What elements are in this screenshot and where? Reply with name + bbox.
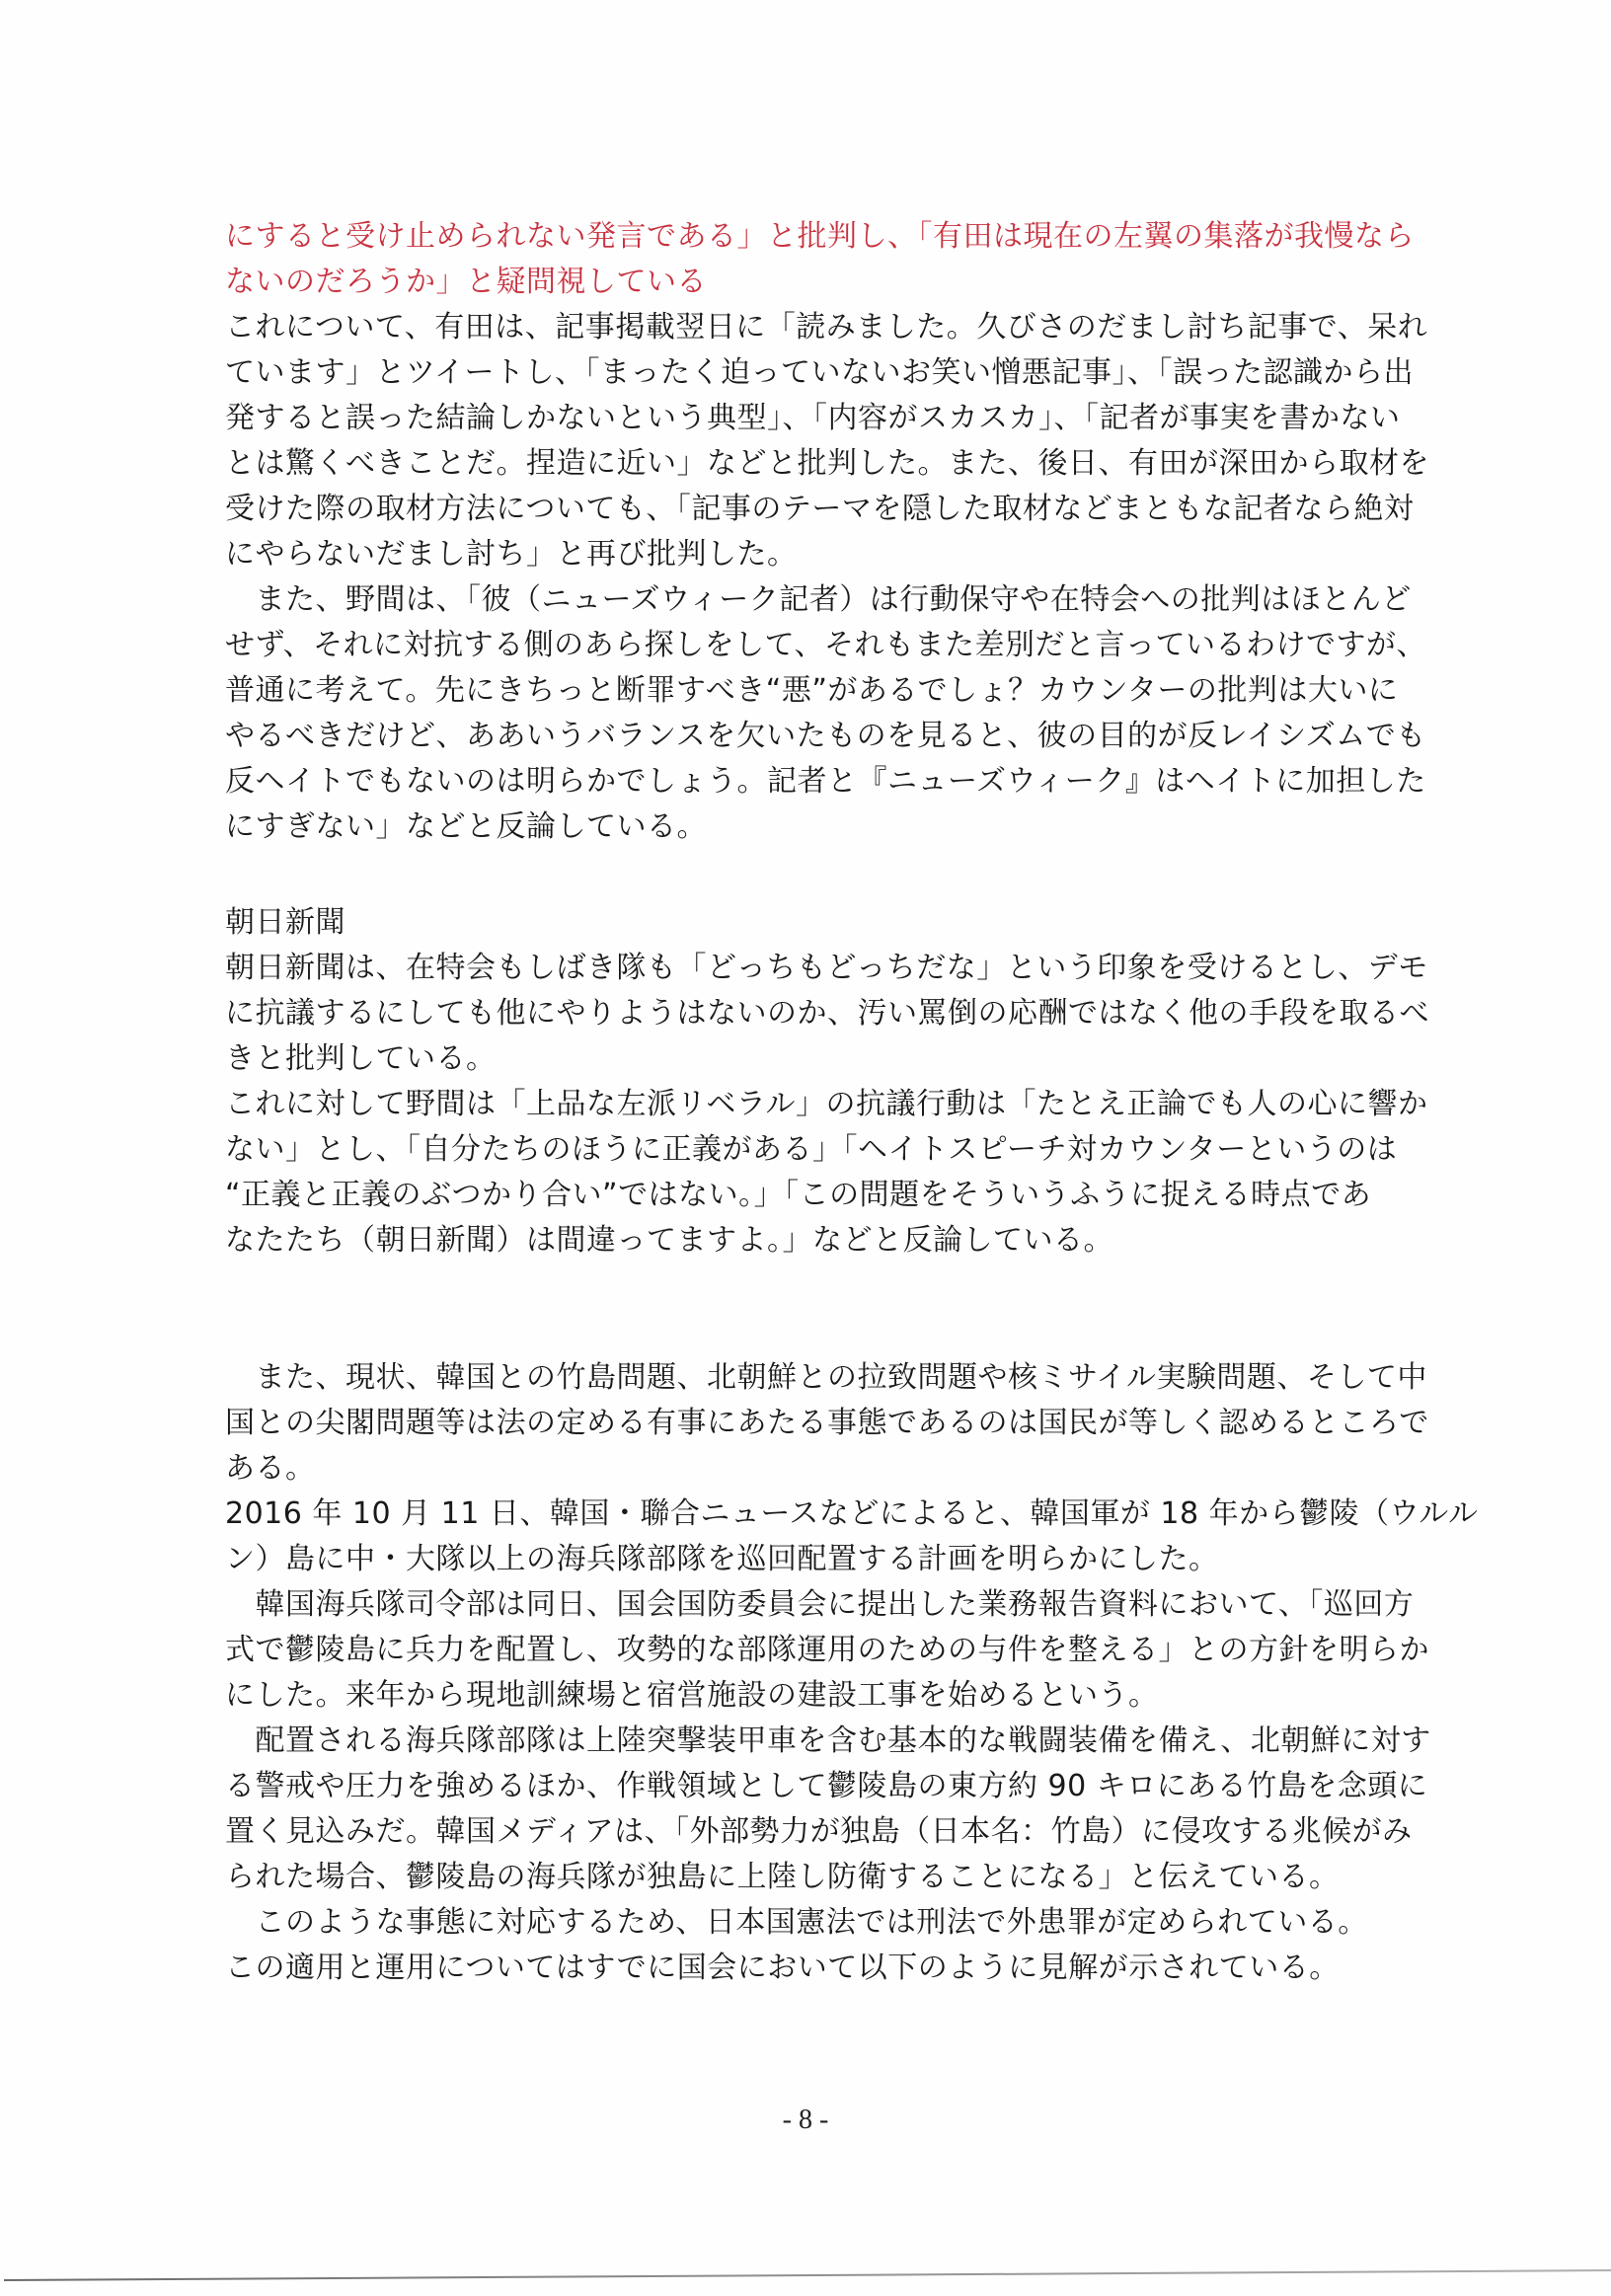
paragraph-line: これについて、有田は、記事掲載翌日に「読みました。久びさのだまし討ち記事で、呆れ bbox=[225, 310, 1427, 345]
quote-line: にすると受け止められない発言である」と批判し、「有田は現在の左翼の集落が我慢なら bbox=[225, 219, 1415, 255]
paragraph-line: ある。 bbox=[225, 1451, 316, 1487]
paragraph-line: ン）島に中・大隊以上の海兵隊部隊を巡回配置する計画を明らかにした。 bbox=[225, 1542, 1219, 1577]
quote-line: ないのだろうか」と疑問視している bbox=[225, 265, 707, 300]
paragraph-line: ています」とツイートし、「まったく迫っていないお笑い憎悪記事」、「誤った認識から… bbox=[225, 355, 1414, 391]
paragraph-line: られた場合、鬱陵島の海兵隊が独島に上陸し防衛することになる」と伝えている。 bbox=[225, 1860, 1340, 1895]
paragraph-line: 韓国海兵隊司令部は同日、国会国防委員会に提出した業務報告資料において、「巡回方 bbox=[225, 1587, 1414, 1623]
paragraph-line: にやらないだまし討ち」と再び批判した。 bbox=[225, 537, 798, 573]
paragraph-line: る警戒や圧力を強めるほか、作戦領域として鬱陵島の東方約 90 キロにある竹島を念… bbox=[225, 1769, 1427, 1804]
paragraph-line: ない」とし、「自分たちのほうに正義がある」「ヘイトスピーチ対カウンターというのは bbox=[225, 1132, 1397, 1168]
paragraph-line: やるべきだけど、ああいうバランスを欠いたものを見ると、彼の目的が反レイシズムでも bbox=[225, 719, 1426, 754]
paragraph-line: に抗議するにしても他にやりようはないのか、汚い罵倒の応酬ではなく他の手段を取るべ bbox=[225, 996, 1429, 1032]
section-heading: 朝日新聞 bbox=[225, 905, 345, 941]
page-number: - 8 - bbox=[0, 2105, 1611, 2136]
paragraph-line: この適用と運用についてはすでに国会において以下のように見解が示されている。 bbox=[225, 1951, 1340, 1986]
paragraph-line: とは驚くべきことだ。捏造に近い」などと批判した。また、後日、有田が深田から取材を bbox=[225, 446, 1429, 482]
paragraph-line: “正義と正義のぶつかり合い”ではない。」「この問題をそういうふうに捉える時点であ bbox=[225, 1178, 1371, 1213]
paragraph-line: 配置される海兵隊部隊は上陸突撃装甲車を含む基本的な戦闘装備を備え、北朝鮮に対す bbox=[225, 1723, 1431, 1759]
paragraph-line: 式で鬱陵島に兵力を配置し、攻勢的な部隊運用のための与件を整える」との方針を明らか bbox=[225, 1633, 1429, 1668]
paragraph-line: なたたち（朝日新聞）は間違ってますよ。」などと反論している。 bbox=[225, 1223, 1113, 1259]
paragraph-line: せず、それに対抗する側のあら探しをして、それもまた差別だと言っているわけですが、 bbox=[225, 628, 1426, 663]
paragraph-line: 2016 年 10 月 11 日、韓国・聯合ニュースなどによると、韓国軍が 18… bbox=[225, 1496, 1478, 1532]
paragraph-line: 朝日新聞は、在特会もしばき隊も「どっちもどっちだな」という印象を受けるとし、デモ bbox=[225, 951, 1428, 986]
paragraph-line: このような事態に対応するため、日本国憲法では刑法で外患罪が定められている。 bbox=[225, 1905, 1368, 1941]
paragraph-line: これに対して野間は「上品な左派リベラル」の抗議行動は「たとえ正論でも人の心に響か bbox=[225, 1087, 1428, 1122]
paragraph-line: 国との尖閣問題等は法の定める有事にあたる事態であるのは国民が等しく認めるところで bbox=[225, 1406, 1429, 1441]
scan-edge-divider bbox=[4, 2269, 1611, 2281]
paragraph-line: また、野間は、「彼（ニューズウィーク記者）は行動保守や在特会への批判はほとんど bbox=[225, 582, 1412, 618]
paragraph-line: 置く見込みだ。韓国メディアは、「外部勢力が独島（日本名：竹島）に侵攻する兆候がみ bbox=[225, 1814, 1413, 1850]
paragraph-line: 発すると誤った結論しかないという典型」、「内容がスカスカ」、「記者が事実を書かな… bbox=[225, 401, 1401, 436]
paragraph-line: 受けた際の取材方法についても、「記事のテーマを隠した取材などまともな記者なら絶対 bbox=[225, 492, 1414, 527]
paragraph-line: また、現状、韓国との竹島問題、北朝鮮との拉致問題や核ミサイル実験問題、そして中 bbox=[225, 1360, 1427, 1396]
paragraph-line: 反ヘイトでもないのは明らかでしょう。記者と『ニューズウィーク』はヘイトに加担した bbox=[225, 764, 1426, 800]
paragraph-line: きと批判している。 bbox=[225, 1041, 497, 1077]
paragraph-line: 普通に考えて。先にきちっと断罪すべき“悪”があるでしょ？カウンターの批判は大いに bbox=[225, 673, 1398, 709]
paragraph-line: にすぎない」などと反論している。 bbox=[225, 809, 707, 845]
paragraph-line: にした。来年から現地訓練場と宿営施設の建設工事を始めるという。 bbox=[225, 1678, 1159, 1714]
document-page: にすると受け止められない発言である」と批判し、「有田は現在の左翼の集落が我慢なら… bbox=[0, 0, 1611, 2296]
